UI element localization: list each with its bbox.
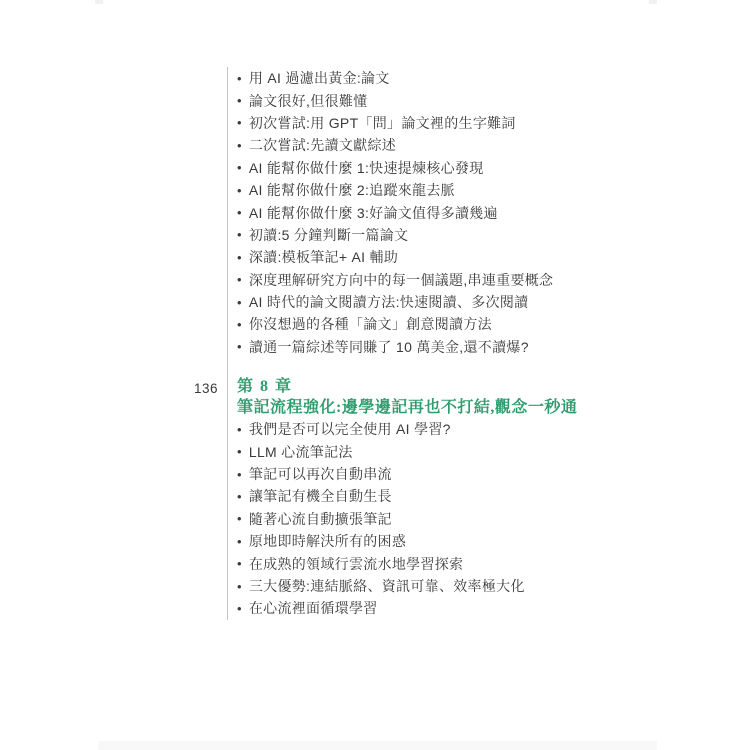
toc-column: •用 AI 過濾出黃金:論文•論文很好,但很難懂•初次嘗試:用 GPT「問」論文… — [227, 67, 697, 620]
toc-item: •在心流裡面循環學習 — [237, 597, 697, 619]
toc-item-label: AI 能幫你做什麼 2:追蹤來龍去脈 — [249, 180, 455, 200]
chapter-number: 第 8 章 — [237, 376, 697, 397]
bullet-icon: • — [237, 139, 242, 152]
toc-item: •論文很好,但很難懂 — [237, 89, 697, 111]
bullet-icon: • — [237, 273, 242, 286]
toc-item: •LLM 心流筆記法 — [237, 440, 697, 462]
toc-item: •用 AI 過濾出黃金:論文 — [237, 67, 697, 89]
toc-item-label: 初次嘗試:用 GPT「問」論文裡的生字難詞 — [249, 113, 516, 133]
toc-item: •讀通一篇綜述等同賺了 10 萬美金,還不讀爆? — [237, 336, 697, 358]
toc-item-label: 深度理解研究方向中的每一個議題,串連重要概念 — [249, 270, 554, 290]
toc-item: •AI 能幫你做什麼 2:追蹤來龍去脈 — [237, 179, 697, 201]
toc-item: •讓筆記有機全自動生長 — [237, 485, 697, 507]
toc-item-label: 原地即時解決所有的困惑 — [249, 531, 406, 551]
toc-item: •隨著心流自動擴張筆記 — [237, 508, 697, 530]
toc-item: •在成熟的領域行雲流水地學習探索 — [237, 552, 697, 574]
toc-item-label: AI 時代的論文閱讀方法:快速閱讀、多次閱讀 — [249, 292, 529, 312]
toc-item-label: 讓筆記有機全自動生長 — [249, 486, 392, 506]
toc-item-label: LLM 心流筆記法 — [249, 442, 353, 462]
bullet-icon: • — [237, 206, 242, 219]
toc-item-label: 讀通一篇綜述等同賺了 10 萬美金,還不讀爆? — [249, 337, 529, 357]
toc-item-label: AI 能幫你做什麼 1:快速提煉核心發現 — [249, 158, 484, 178]
toc-item: •初次嘗試:用 GPT「問」論文裡的生字難詞 — [237, 112, 697, 134]
bullet-icon: • — [237, 468, 242, 481]
bullet-icon: • — [237, 161, 242, 174]
chapter-title: 筆記流程強化:邊學邊記再也不打結,觀念一秒通 — [237, 397, 697, 418]
bullet-icon: • — [237, 251, 242, 264]
page-edge-next-page — [98, 741, 657, 750]
toc-item-label: 在心流裡面循環學習 — [249, 598, 378, 618]
toc-item: •二次嘗試:先讀文獻綜述 — [237, 134, 697, 156]
toc-item-label: 我們是否可以完全使用 AI 學習? — [249, 419, 451, 439]
bullet-icon: • — [237, 602, 242, 615]
bullet-icon: • — [237, 116, 242, 129]
toc-item-label: 在成熟的領域行雲流水地學習探索 — [249, 554, 464, 574]
toc-item: •你沒想過的各種「論文」創意閱讀方法 — [237, 313, 697, 335]
toc-item-label: 二次嘗試:先讀文獻綜述 — [249, 135, 396, 155]
toc-item-label: 三大優勢:連結脈絡、資訊可靠、效率極大化 — [249, 576, 525, 596]
toc-item-label: 用 AI 過濾出黃金:論文 — [249, 68, 390, 88]
toc-item: •深度理解研究方向中的每一個議題,串連重要概念 — [237, 269, 697, 291]
bullet-icon: • — [237, 490, 242, 503]
toc-item: •三大優勢:連結脈絡、資訊可靠、效率極大化 — [237, 575, 697, 597]
bullet-icon: • — [237, 184, 242, 197]
toc-item-label: 隨著心流自動擴張筆記 — [249, 509, 392, 529]
bullet-icon: • — [237, 318, 242, 331]
toc-items-above-chapter: •用 AI 過濾出黃金:論文•論文很好,但很難懂•初次嘗試:用 GPT「問」論文… — [237, 67, 697, 358]
bullet-icon: • — [237, 535, 242, 548]
bullet-icon: • — [237, 423, 242, 436]
bullet-icon: • — [237, 340, 242, 353]
page-edge-artifact-top-right — [649, 0, 657, 4]
chapter-heading: 第 8 章 筆記流程強化:邊學邊記再也不打結,觀念一秒通 — [237, 376, 697, 418]
toc-item: •我們是否可以完全使用 AI 學習? — [237, 418, 697, 440]
toc-page: 136 •用 AI 過濾出黃金:論文•論文很好,但很難懂•初次嘗試:用 GPT「… — [0, 0, 750, 750]
toc-item: •AI 時代的論文閱讀方法:快速閱讀、多次閱讀 — [237, 291, 697, 313]
page-number: 136 — [150, 378, 218, 399]
toc-item: •深讀:模板筆記+ AI 輔助 — [237, 246, 697, 268]
bullet-icon: • — [237, 94, 242, 107]
bullet-icon: • — [237, 445, 242, 458]
bullet-icon: • — [237, 512, 242, 525]
toc-item-label: 論文很好,但很難懂 — [249, 91, 368, 111]
page-edge-artifact-top-left — [95, 0, 103, 4]
toc-item: •初讀:5 分鐘判斷一篇論文 — [237, 224, 697, 246]
bullet-icon: • — [237, 296, 242, 309]
toc-item: •AI 能幫你做什麼 3:好論文值得多讀幾遍 — [237, 201, 697, 223]
toc-item-label: AI 能幫你做什麼 3:好論文值得多讀幾遍 — [249, 203, 498, 223]
bullet-icon: • — [237, 580, 242, 593]
toc-items-below-chapter: •我們是否可以完全使用 AI 學習?•LLM 心流筆記法•筆記可以再次自動串流•… — [237, 418, 697, 620]
toc-item: •筆記可以再次自動串流 — [237, 463, 697, 485]
toc-item: •原地即時解決所有的困惑 — [237, 530, 697, 552]
bullet-icon: • — [237, 228, 242, 241]
bullet-icon: • — [237, 557, 242, 570]
toc-item-label: 筆記可以再次自動串流 — [249, 464, 392, 484]
bullet-icon: • — [237, 72, 242, 85]
toc-item: •AI 能幫你做什麼 1:快速提煉核心發現 — [237, 157, 697, 179]
toc-item-label: 深讀:模板筆記+ AI 輔助 — [249, 247, 398, 267]
toc-item-label: 初讀:5 分鐘判斷一篇論文 — [249, 225, 408, 245]
toc-item-label: 你沒想過的各種「論文」創意閱讀方法 — [249, 314, 492, 334]
